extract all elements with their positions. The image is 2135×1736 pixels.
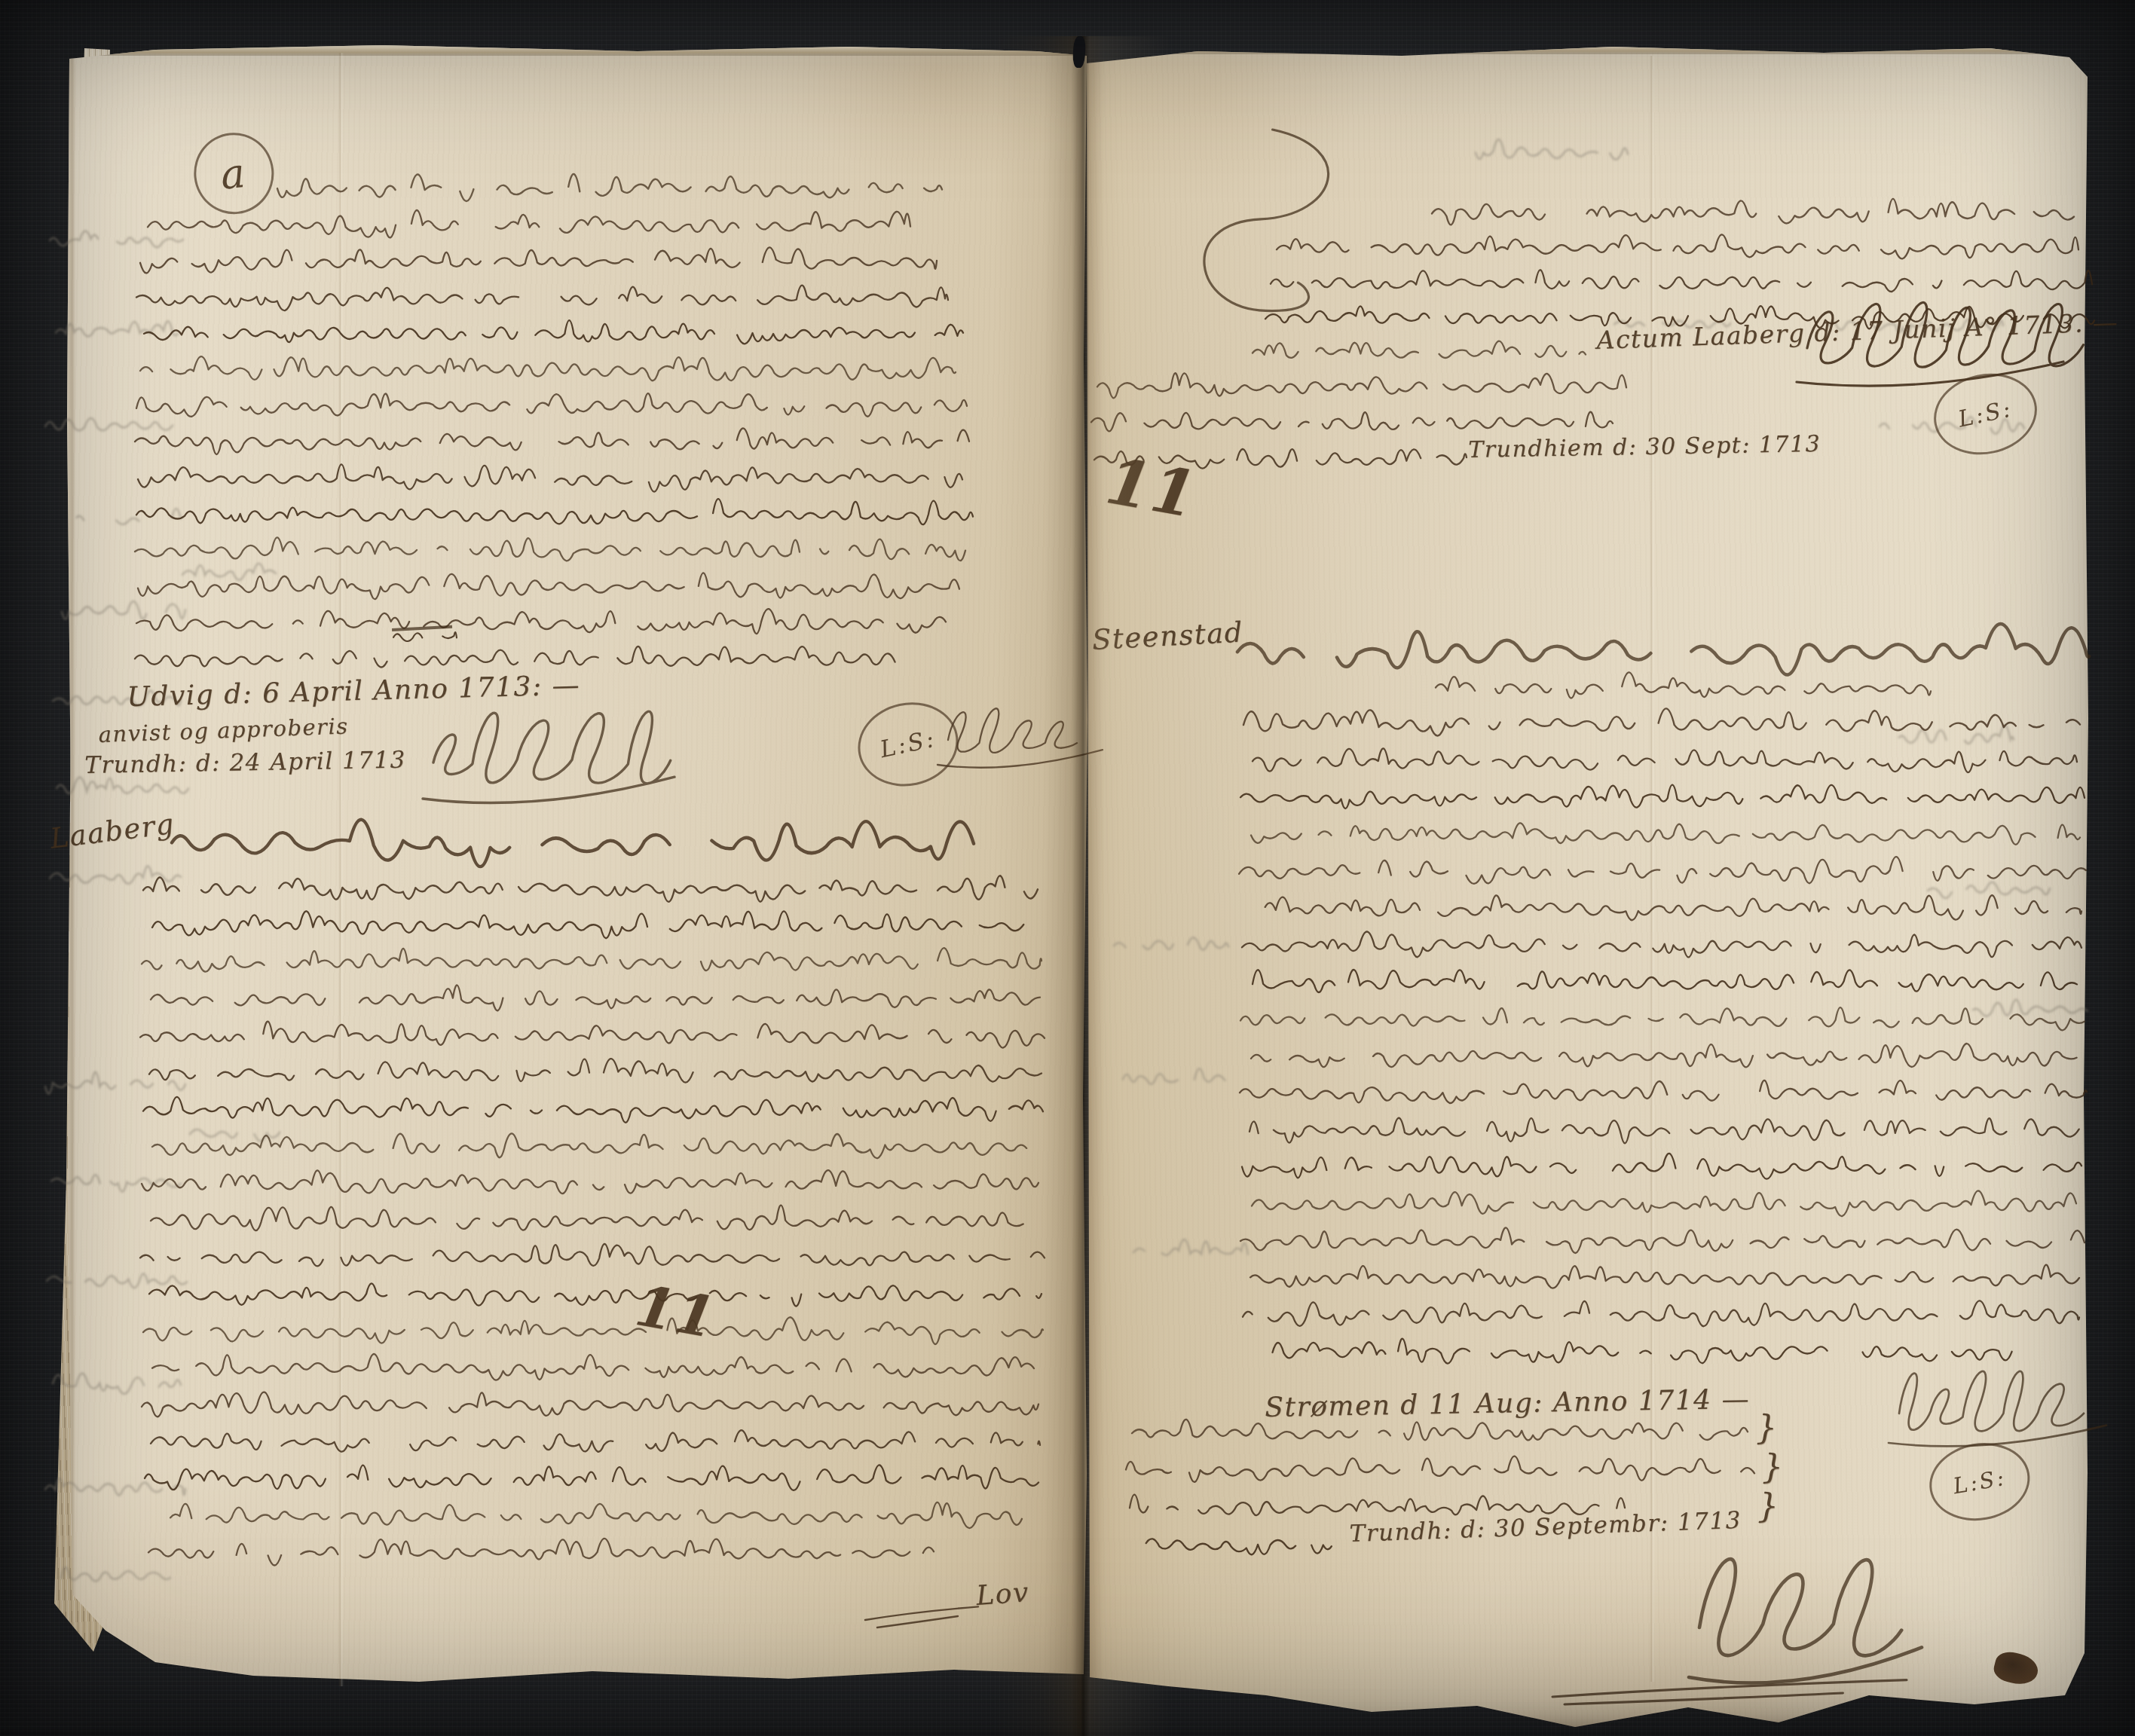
page-right <box>1085 41 2091 1736</box>
scan-canvas: aUdvig d: 6 April Anno 1713: —anvist og … <box>0 0 2135 1736</box>
page-left <box>65 42 1091 1704</box>
